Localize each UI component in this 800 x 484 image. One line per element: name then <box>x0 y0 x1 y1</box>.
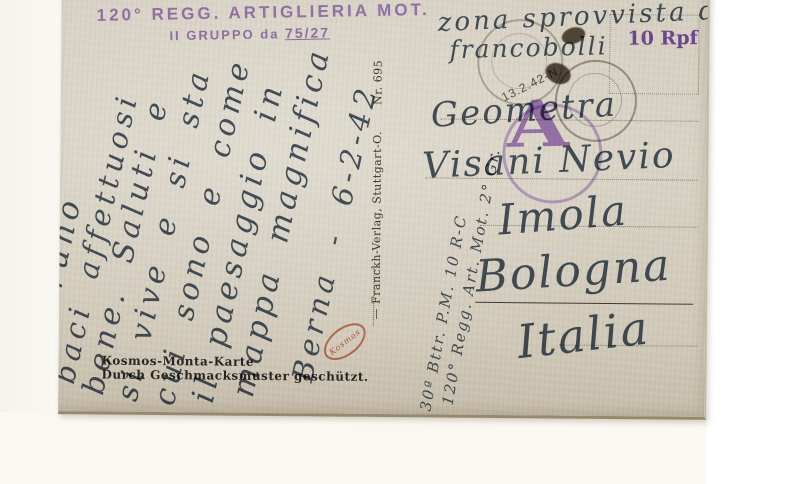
address-country: Italia <box>515 304 652 365</box>
imprint-brand: Kosmos-Monta-Karte <box>102 354 255 369</box>
unit-handstamp-line2: II GRUPPO da 75/27 <box>169 24 330 43</box>
rate-mark-10rpf: 10 Rpf <box>627 27 698 50</box>
censor-letter-A: A <box>505 93 569 158</box>
scan-background-right <box>706 0 800 484</box>
address-city: Bologna <box>474 244 672 300</box>
scan-background-bottom <box>0 412 800 484</box>
unit-da: da <box>260 26 279 41</box>
imprint-protection: Durch Geschmacksmuster geschützt. <box>101 368 368 384</box>
postcard-back: — Franckh-Verlag, Stuttgart-O.Nr. 695 12… <box>58 0 710 420</box>
handwritten-note-line2: francobolli <box>449 33 608 62</box>
unit-handstamp-line1: 120° REGG. ARTIGLIERIA MOT. <box>97 0 430 26</box>
oval-handstamp-text: Kosmos <box>327 327 362 357</box>
publisher-name: — Franckh-Verlag, Stuttgart-O. <box>369 131 384 320</box>
unit-caliber: 75/27 <box>285 24 330 41</box>
address-rule-solid <box>475 302 693 305</box>
unit-group: II GRUPPO <box>169 27 254 43</box>
